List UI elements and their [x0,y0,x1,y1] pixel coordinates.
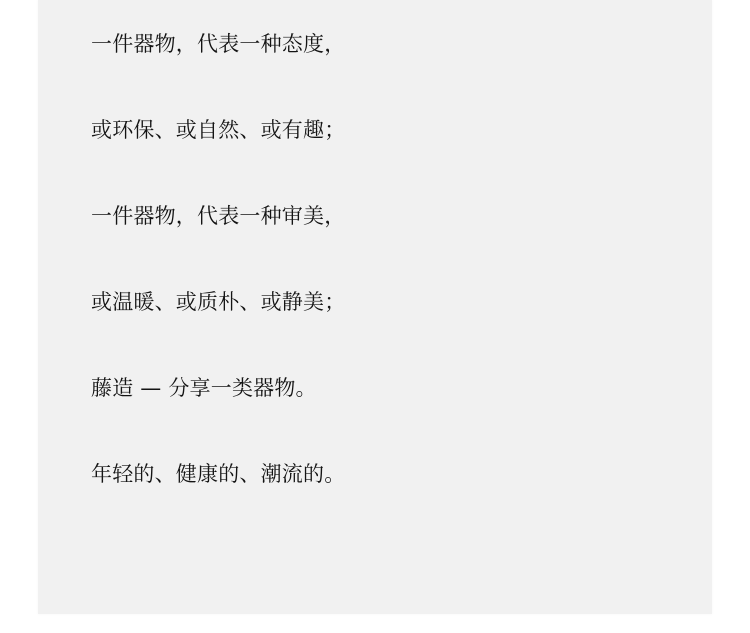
poem-line-young-healthy-trendy: 年轻的、健康的、潮流的。 [91,460,345,488]
poem-line-brand-share: 藤造 — 分享一类器物。 [91,374,345,402]
poem-lines: 一件器物，代表一种态度， 或环保、或自然、或有趣； 一件器物，代表一种审美， 或… [91,30,345,546]
poem-line-eco-natural-fun: 或环保、或自然、或有趣； [91,116,345,144]
poem-line-attitude: 一件器物，代表一种态度， [91,30,345,58]
poem-line-aesthetic: 一件器物，代表一种审美， [91,202,345,230]
poem-line-warm-simple-quiet: 或温暖、或质朴、或静美； [91,288,345,316]
page: 一件器物，代表一种态度， 或环保、或自然、或有趣； 一件器物，代表一种审美， 或… [0,0,750,633]
